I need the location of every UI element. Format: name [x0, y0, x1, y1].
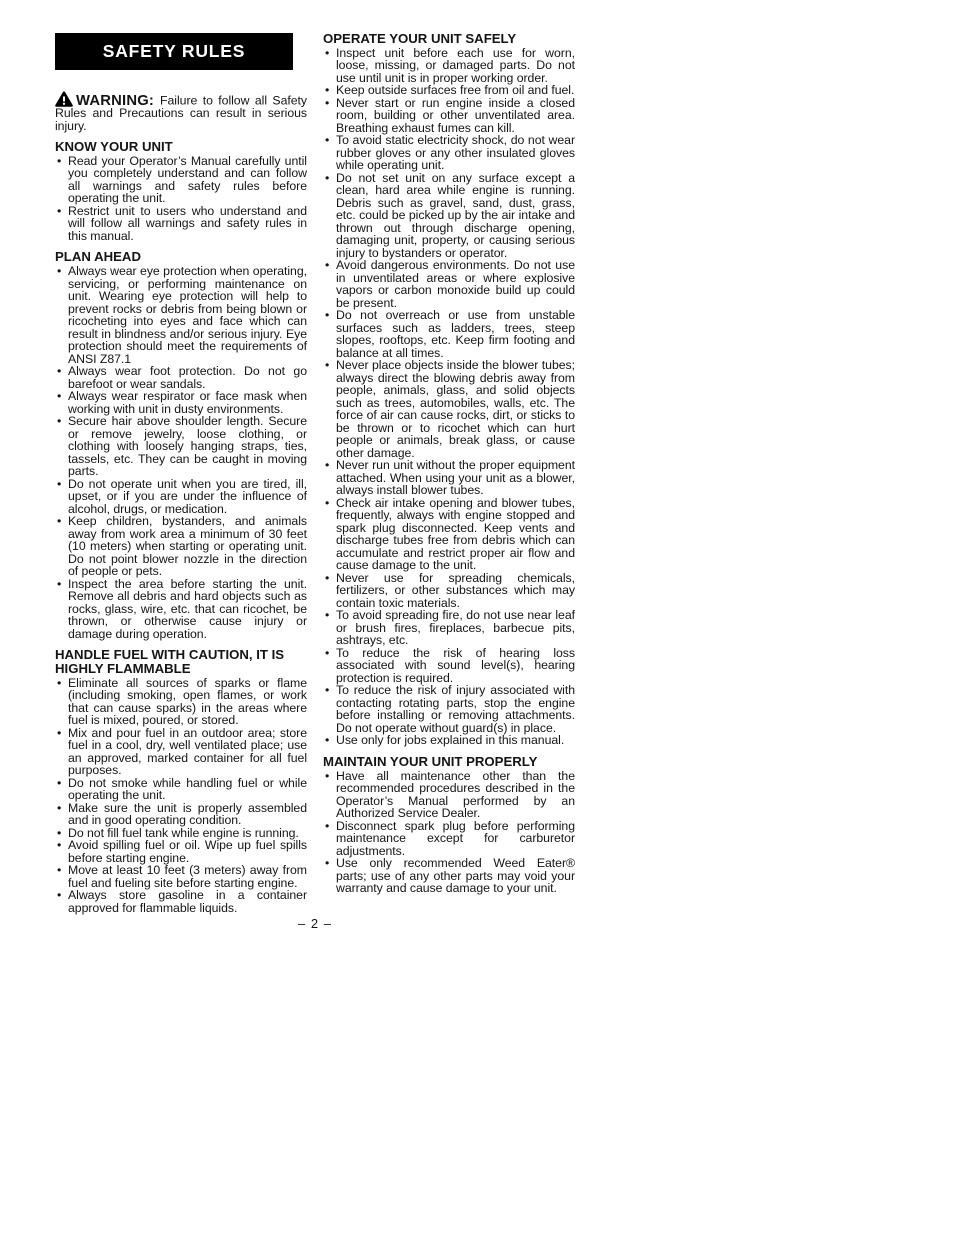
bullet-item: •Inspect unit before each use for worn, … — [323, 47, 575, 85]
right-sections: OPERATE YOUR UNIT SAFELY•Inspect unit be… — [323, 32, 575, 895]
bullet-icon: • — [325, 97, 329, 110]
bullet-item: •To avoid static electricity shock, do n… — [323, 134, 575, 172]
bullet-text: Use only recommended Weed Eater® parts; … — [336, 856, 575, 895]
bullet-item: •Eliminate all sources of sparks or flam… — [55, 677, 307, 727]
bullet-text: Do not operate unit when you are tired, … — [68, 477, 307, 516]
bullet-item: •Inspect the area before starting the un… — [55, 578, 307, 641]
bullet-text: Always wear eye protection when operatin… — [68, 264, 307, 366]
bullet-item: •Avoid dangerous environments. Do not us… — [323, 259, 575, 309]
safety-section: HANDLE FUEL WITH CAUTION, IT IS HIGHLY F… — [55, 648, 307, 914]
bullet-text: Never start or run engine inside a close… — [336, 96, 575, 135]
bullet-item: •Do not overreach or use from unstable s… — [323, 309, 575, 359]
bullet-item: •Always wear eye protection when operati… — [55, 265, 307, 365]
bullet-text: Have all maintenance other than the reco… — [336, 769, 575, 821]
banner-title: SAFETY RULES — [103, 45, 246, 58]
bullet-item: •To reduce the risk of hearing loss asso… — [323, 647, 575, 685]
bullet-icon: • — [325, 684, 329, 697]
safety-section: MAINTAIN YOUR UNIT PROPERLY•Have all mai… — [323, 755, 575, 895]
bullet-item: •Always wear foot protection. Do not go … — [55, 365, 307, 390]
bullet-icon: • — [57, 155, 61, 168]
bullet-icon: • — [57, 864, 61, 877]
bullet-item: •To reduce the risk of injury associated… — [323, 684, 575, 734]
bullet-text: Inspect unit before each use for worn, l… — [336, 46, 575, 85]
bullet-text: Move at least 10 feet (3 meters) away fr… — [68, 863, 307, 890]
bullet-text: To reduce the risk of hearing loss assoc… — [336, 646, 575, 685]
bullet-text: Always wear foot protection. Do not go b… — [68, 364, 307, 391]
page-content: SAFETY RULES WARNING:Failure to follow a… — [55, 31, 575, 914]
bullet-icon: • — [57, 265, 61, 278]
safety-section: PLAN AHEAD•Always wear eye protection wh… — [55, 250, 307, 640]
bullet-text: Always store gasoline in a container app… — [68, 888, 307, 915]
bullet-icon: • — [57, 839, 61, 852]
bullet-icon: • — [325, 134, 329, 147]
bullet-item: •Read your Operator’s Manual carefully u… — [55, 155, 307, 205]
section-heading: MAINTAIN YOUR UNIT PROPERLY — [323, 755, 575, 769]
right-column: OPERATE YOUR UNIT SAFELY•Inspect unit be… — [323, 31, 575, 914]
bullet-text: Read your Operator’s Manual carefully un… — [68, 154, 307, 206]
bullet-item: •Avoid spilling fuel or oil. Wipe up fue… — [55, 839, 307, 864]
bullet-item: •Always store gasoline in a container ap… — [55, 889, 307, 914]
bullet-icon: • — [325, 172, 329, 185]
bullet-text: Use only for jobs explained in this manu… — [336, 733, 564, 747]
bullet-icon: • — [57, 205, 61, 218]
bullet-item: •Never place objects inside the blower t… — [323, 359, 575, 459]
bullet-item: •Do not operate unit when you are tired,… — [55, 478, 307, 516]
bullet-item: •Have all maintenance other than the rec… — [323, 770, 575, 820]
bullet-text: Never run unit without the proper equipm… — [336, 458, 575, 497]
bullet-icon: • — [325, 309, 329, 322]
warning-triangle-icon — [55, 91, 73, 107]
bullet-item: •Use only recommended Weed Eater® parts;… — [323, 857, 575, 895]
bullet-item: •Never run unit without the proper equip… — [323, 459, 575, 497]
bullet-icon: • — [325, 734, 329, 747]
page-number: – 2 – — [55, 916, 575, 931]
bullet-text: Make sure the unit is properly assembled… — [68, 801, 307, 828]
bullet-text: Inspect the area before starting the uni… — [68, 577, 307, 641]
bullet-item: •Keep children, bystanders, and animals … — [55, 515, 307, 578]
bullet-item: •Do not smoke while handling fuel or whi… — [55, 777, 307, 802]
bullet-text: Restrict unit to users who understand an… — [68, 204, 307, 243]
bullet-item: •Never start or run engine inside a clos… — [323, 97, 575, 135]
bullet-icon: • — [57, 478, 61, 491]
bullet-text: Check air intake opening and blower tube… — [336, 496, 575, 573]
bullet-item: •Disconnect spark plug before performing… — [323, 820, 575, 858]
bullet-text: Avoid dangerous environments. Do not use… — [336, 258, 575, 310]
bullet-item: •Restrict unit to users who understand a… — [55, 205, 307, 243]
section-heading: PLAN AHEAD — [55, 250, 307, 264]
bullet-item: •Never use for spreading chemicals, fert… — [323, 572, 575, 610]
bullet-icon: • — [57, 889, 61, 902]
bullet-text: To reduce the risk of injury associated … — [336, 683, 575, 735]
bullet-icon: • — [325, 459, 329, 472]
section-heading: KNOW YOUR UNIT — [55, 140, 307, 154]
bullet-text: Keep children, bystanders, and animals a… — [68, 514, 307, 578]
bullet-text: Mix and pour fuel in an outdoor area; st… — [68, 726, 307, 778]
bullet-icon: • — [57, 390, 61, 403]
bullet-icon: • — [57, 727, 61, 740]
bullet-text: Do not overreach or use from unstable su… — [336, 308, 575, 360]
bullet-icon: • — [325, 572, 329, 585]
bullet-icon: • — [57, 365, 61, 378]
warning-note: WARNING:Failure to follow all Safety Rul… — [55, 91, 307, 132]
bullet-item: •Move at least 10 feet (3 meters) away f… — [55, 864, 307, 889]
bullet-icon: • — [325, 497, 329, 510]
bullet-icon: • — [57, 677, 61, 690]
bullet-icon: • — [325, 857, 329, 870]
bullet-icon: • — [325, 820, 329, 833]
bullet-item: •To avoid spreading fire, do not use nea… — [323, 609, 575, 647]
bullet-icon: • — [57, 578, 61, 591]
bullet-text: Avoid spilling fuel or oil. Wipe up fuel… — [68, 838, 307, 865]
bullet-text: To avoid spreading fire, do not use near… — [336, 608, 575, 647]
section-heading: HANDLE FUEL WITH CAUTION, IT IS HIGHLY F… — [55, 648, 307, 676]
bullet-text: Eliminate all sources of sparks or flame… — [68, 676, 307, 728]
bullet-text: Always wear respirator or face mask when… — [68, 389, 307, 416]
bullet-icon: • — [325, 609, 329, 622]
safety-section: KNOW YOUR UNIT•Read your Operator’s Manu… — [55, 140, 307, 242]
bullet-item: •Check air intake opening and blower tub… — [323, 497, 575, 572]
bullet-icon: • — [325, 770, 329, 783]
bullet-text: Secure hair above shoulder length. Secur… — [68, 414, 307, 478]
bullet-item: •Make sure the unit is properly assemble… — [55, 802, 307, 827]
left-sections: KNOW YOUR UNIT•Read your Operator’s Manu… — [55, 140, 307, 914]
bullet-item: •Mix and pour fuel in an outdoor area; s… — [55, 727, 307, 777]
bullet-item: •Always wear respirator or face mask whe… — [55, 390, 307, 415]
bullet-text: To avoid static electricity shock, do no… — [336, 133, 575, 172]
bullet-text: Disconnect spark plug before performing … — [336, 819, 575, 858]
bullet-icon: • — [325, 647, 329, 660]
bullet-icon: • — [325, 84, 329, 97]
safety-section: OPERATE YOUR UNIT SAFELY•Inspect unit be… — [323, 32, 575, 747]
bullet-text: Never place objects inside the blower tu… — [336, 358, 575, 460]
left-column: SAFETY RULES WARNING:Failure to follow a… — [55, 31, 307, 914]
bullet-icon: • — [325, 47, 329, 60]
bullet-icon: • — [325, 359, 329, 372]
bullet-item: •Secure hair above shoulder length. Secu… — [55, 415, 307, 478]
bullet-icon: • — [325, 259, 329, 272]
bullet-text: Do not set unit on any surface except a … — [336, 171, 575, 260]
bullet-icon: • — [57, 415, 61, 428]
section-heading: OPERATE YOUR UNIT SAFELY — [323, 32, 575, 46]
safety-rules-banner: SAFETY RULES — [55, 33, 293, 70]
bullet-icon: • — [57, 515, 61, 528]
bullet-text: Never use for spreading chemicals, ferti… — [336, 571, 575, 610]
bullet-item: •Do not set unit on any surface except a… — [323, 172, 575, 260]
bullet-item: •Use only for jobs explained in this man… — [323, 734, 575, 747]
bullet-text: Do not smoke while handling fuel or whil… — [68, 776, 307, 803]
bullet-icon: • — [57, 802, 61, 815]
bullet-icon: • — [57, 777, 61, 790]
